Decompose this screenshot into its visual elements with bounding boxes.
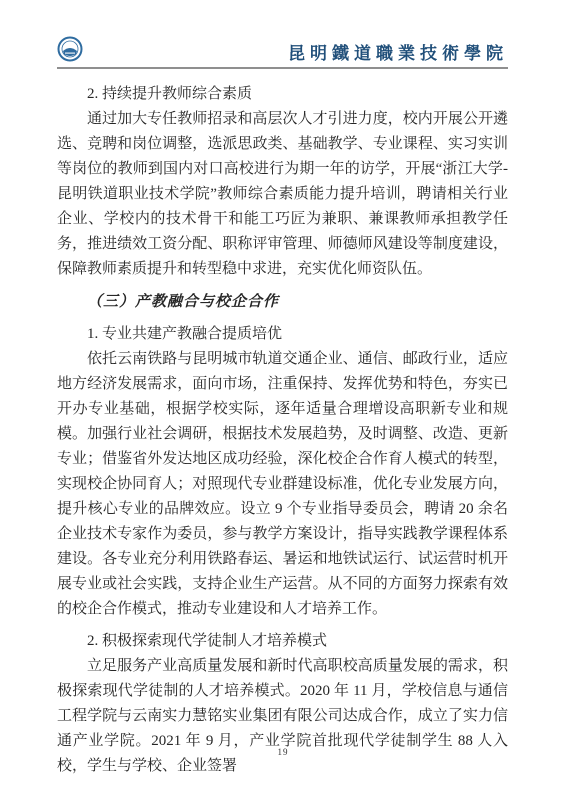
paragraph-5: 依托云南铁路与昆明城市轨道交通企业、通信、邮政行业，适应地方经济发展需求，面向市… bbox=[57, 347, 508, 622]
document-page: 昆明鐵道職業技術學院 2. 持续提升教师综合素质通过加大专任教师招录和高层次人才… bbox=[0, 0, 566, 800]
paragraph-6: 2. 积极探索现代学徒制人才培养模式 bbox=[57, 629, 508, 654]
document-body: 2. 持续提升教师综合素质通过加大专任教师招录和高层次人才引进力度，校内开展公开… bbox=[57, 82, 508, 779]
paragraph-1: 2. 持续提升教师综合素质 bbox=[57, 82, 508, 107]
school-logo-icon bbox=[57, 36, 83, 62]
paragraph-4: 1. 专业共建产教融合提质培优 bbox=[57, 322, 508, 347]
paragraph-3: （三）产教融合与校企合作 bbox=[57, 290, 508, 315]
paragraph-2: 通过加大专任教师招录和高层次人才引进力度，校内开展公开遴选、竞聘和岗位调整，选派… bbox=[57, 107, 508, 282]
page-header: 昆明鐵道職業技術學院 bbox=[57, 36, 508, 69]
paragraph-7: 立足服务产业高质量发展和新时代高职校高质量发展的需求，积极探索现代学徒制的人才培… bbox=[57, 654, 508, 779]
school-name: 昆明鐵道職業技術學院 bbox=[288, 39, 508, 64]
page-number: 19 bbox=[0, 747, 566, 757]
